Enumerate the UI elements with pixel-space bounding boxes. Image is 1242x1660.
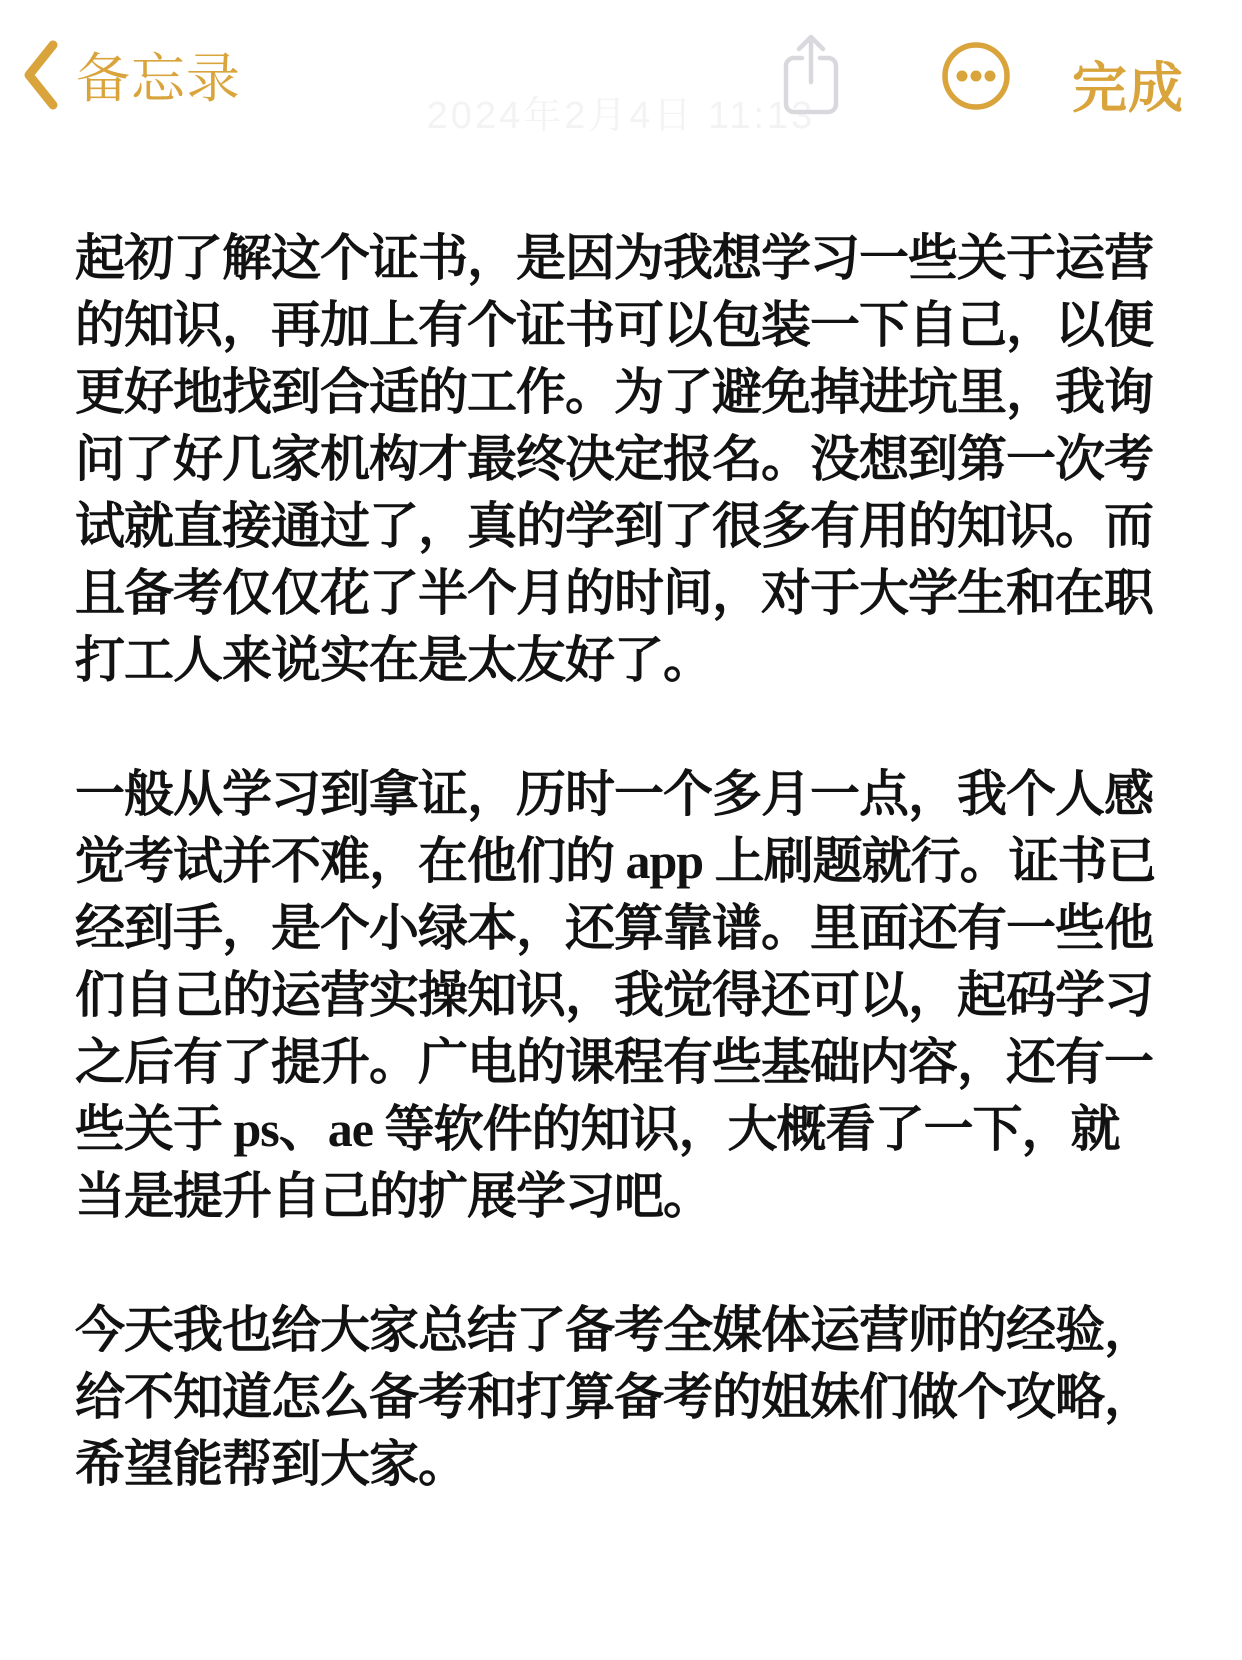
ellipsis-circle-icon[interactable] bbox=[941, 41, 1011, 111]
note-line: 给不知道怎么备考和打算备考的姐妹们做个攻略， bbox=[75, 1364, 1202, 1431]
note-line: 今天我也给大家总结了备考全媒体运营师的经验， bbox=[75, 1297, 1202, 1364]
note-line: 些关于 ps、ae 等软件的知识，大概看了一下，就 bbox=[75, 1096, 1202, 1163]
share-icon[interactable] bbox=[780, 30, 842, 118]
note-line: 希望能帮到大家。 bbox=[75, 1431, 1202, 1498]
note-line: 一般从学习到拿证，历时一个多月一点，我个人感 bbox=[75, 761, 1202, 828]
note-line: 起初了解这个证书，是因为我想学习一些关于运营 bbox=[75, 225, 1202, 292]
note-line: 之后有了提升。广电的课程有些基础内容，还有一 bbox=[75, 1029, 1202, 1096]
note-paragraph: 一般从学习到拿证，历时一个多月一点，我个人感 觉考试并不难，在他们的 app 上… bbox=[75, 761, 1202, 1230]
note-line: 的知识，再加上有个证书可以包装一下自己，以便 bbox=[75, 292, 1202, 359]
note-line: 经到手，是个小绿本，还算靠谱。里面还有一些他 bbox=[75, 895, 1202, 962]
back-button-label: 备忘录 bbox=[76, 36, 241, 113]
note-line: 打工人来说实在是太友好了。 bbox=[75, 627, 1202, 694]
note-editor[interactable]: 起初了解这个证书，是因为我想学习一些关于运营 的知识，再加上有个证书可以包装一下… bbox=[75, 225, 1202, 1498]
note-line: 觉考试并不难，在他们的 app 上刷题就行。证书已 bbox=[75, 828, 1202, 895]
back-button[interactable]: 备忘录 bbox=[20, 36, 241, 113]
note-line: 更好地找到合适的工作。为了避免掉进坑里，我询 bbox=[75, 359, 1202, 426]
nav-bar: 备忘录 2024年2月4日 11:13 完成 bbox=[0, 0, 1242, 150]
note-paragraph: 今天我也给大家总结了备考全媒体运营师的经验， 给不知道怎么备考和打算备考的姐妹们… bbox=[75, 1297, 1202, 1498]
note-line: 且备考仅仅花了半个月的时间，对于大学生和在职 bbox=[75, 560, 1202, 627]
note-line: 问了好几家机构才最终决定报名。没想到第一次考 bbox=[75, 426, 1202, 493]
notes-app-screen: 备忘录 2024年2月4日 11:13 完成 起初了解这个证书，是因为我想学习一… bbox=[0, 0, 1242, 1660]
note-line: 试就直接通过了，真的学到了很多有用的知识。而 bbox=[75, 493, 1202, 560]
note-paragraph: 起初了解这个证书，是因为我想学习一些关于运营 的知识，再加上有个证书可以包装一下… bbox=[75, 225, 1202, 694]
chevron-left-icon bbox=[20, 39, 60, 111]
done-button[interactable]: 完成 bbox=[1072, 44, 1184, 123]
note-line: 们自己的运营实操知识，我觉得还可以，起码学习 bbox=[75, 962, 1202, 1029]
note-line: 当是提升自己的扩展学习吧。 bbox=[75, 1163, 1202, 1230]
